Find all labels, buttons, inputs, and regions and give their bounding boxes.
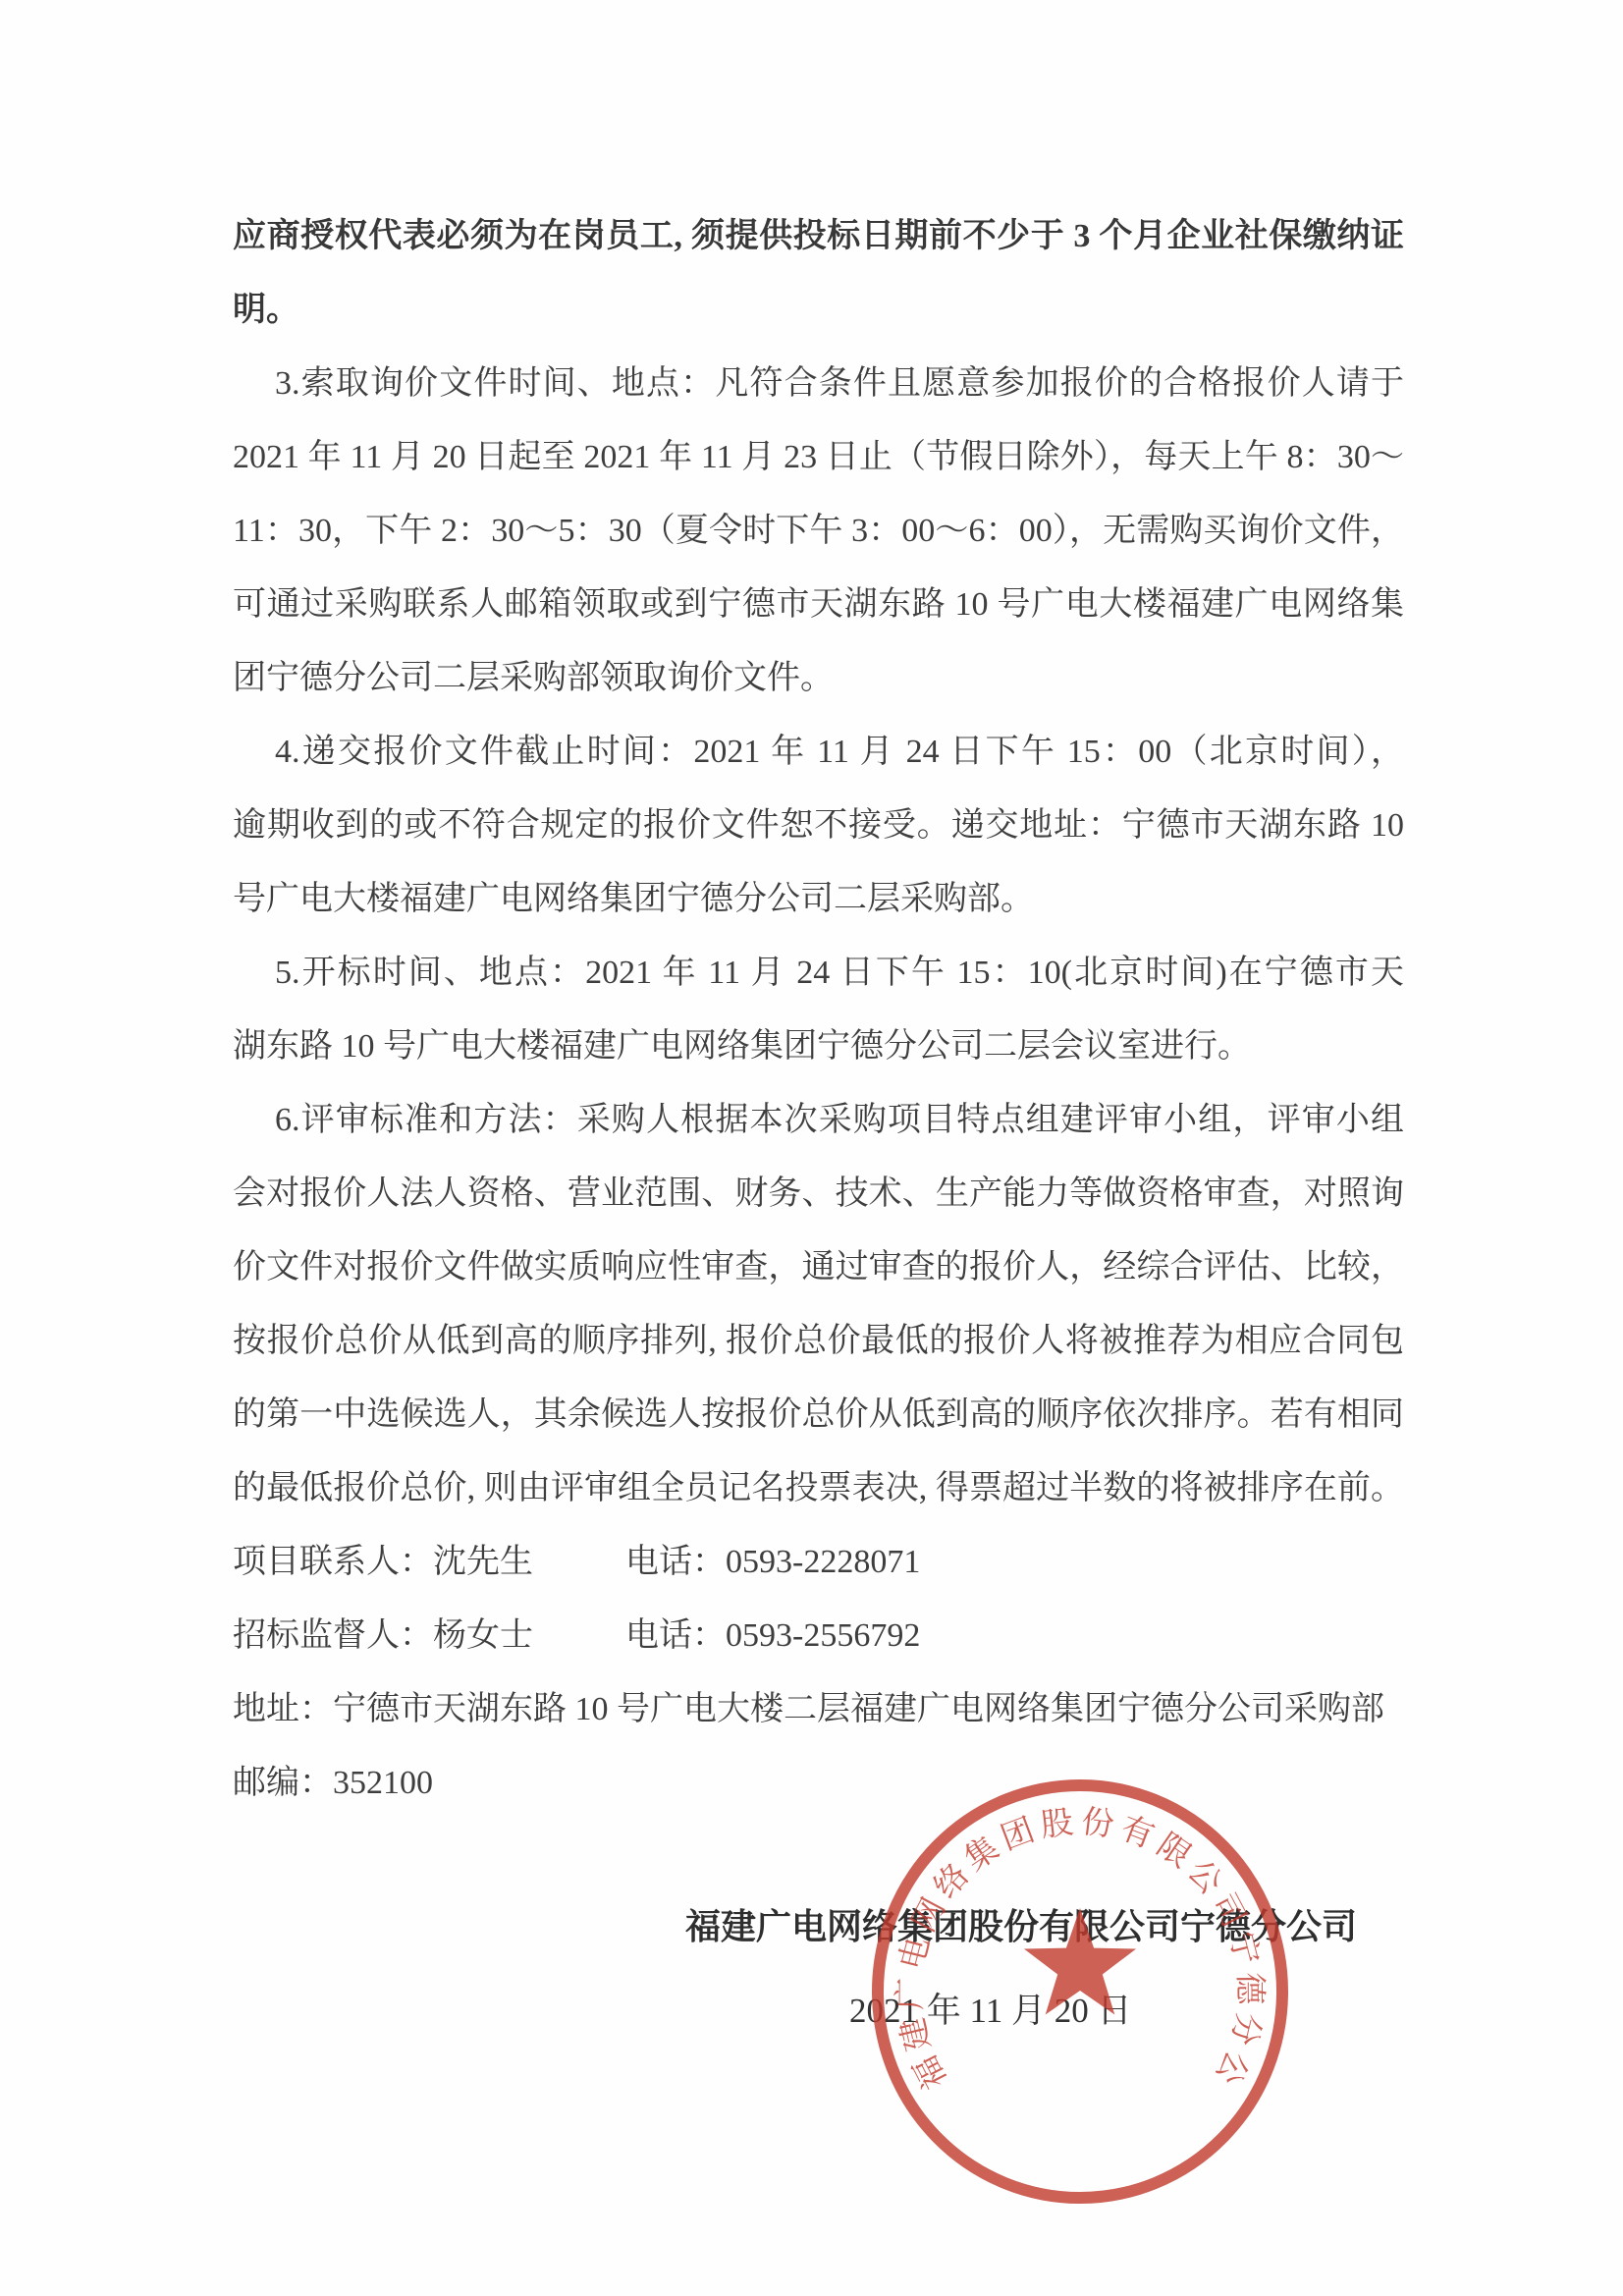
- address-line: 地址：宁德市天湖东路 10 号广电大楼二层福建广电网络集团宁德分公司采购部: [233, 1672, 1404, 1746]
- body-lines: 应商授权代表必须为在岗员工, 须提供投标日期前不少于 3 个月企业社保缴纳证明。…: [233, 199, 1404, 1525]
- postcode-line: 邮编：352100: [233, 1746, 1404, 1820]
- text-line: 3.索取询价文件时间、地点：凡符合条件且愿意参加报价的合格报价人请于: [233, 347, 1404, 420]
- contact-role-name: 招标监督人：杨女士: [233, 1617, 533, 1654]
- text-line: 应商授权代表必须为在岗员工, 须提供投标日期前不少于 3 个月企业社保缴纳证: [233, 199, 1404, 273]
- document-body: 应商授权代表必须为在岗员工, 须提供投标日期前不少于 3 个月企业社保缴纳证明。…: [233, 199, 1404, 2048]
- text-line: 5.开标时间、地点：2021 年 11 月 24 日下午 15：10(北京时间)…: [233, 936, 1404, 1010]
- text-line: 的最低报价总价, 则由评审组全员记名投票表决, 得票超过半数的将被排序在前。: [233, 1451, 1404, 1525]
- text-line: 明。: [233, 273, 1404, 347]
- document-page: 应商授权代表必须为在岗员工, 须提供投标日期前不少于 3 个月企业社保缴纳证明。…: [0, 0, 1623, 2296]
- text-line: 团宁德分公司二层采购部领取询价文件。: [233, 641, 1404, 715]
- text-line: 逾期收到的或不符合规定的报价文件恕不接受。递交地址：宁德市天湖东路 10: [233, 789, 1404, 862]
- contact-row: 招标监督人：杨女士电话：0593-2556792: [233, 1599, 1404, 1672]
- contact-block: 项目联系人：沈先生电话：0593-2228071招标监督人：杨女士电话：0593…: [233, 1525, 1404, 1672]
- signature-block: 福建广电网络集团股份有限公司宁德分公司 2021 年 11 月 20 日: [233, 1890, 1404, 2048]
- contact-phone: 电话：0593-2228071: [625, 1525, 920, 1599]
- contact-role-name: 项目联系人：沈先生: [233, 1544, 533, 1580]
- text-line: 2021 年 11 月 20 日起至 2021 年 11 月 23 日止（节假日…: [233, 420, 1404, 494]
- text-line: 按报价总价从低到高的顺序排列, 报价总价最低的报价人将被推荐为相应合同包: [233, 1304, 1404, 1378]
- text-line: 会对报价人法人资格、营业范围、财务、技术、生产能力等做资格审查，对照询: [233, 1157, 1404, 1230]
- contact-row: 项目联系人：沈先生电话：0593-2228071: [233, 1525, 1404, 1599]
- text-line: 4.递交报价文件截止时间：2021 年 11 月 24 日下午 15：00（北京…: [233, 715, 1404, 789]
- contact-phone: 电话：0593-2556792: [625, 1599, 920, 1672]
- text-line: 价文件对报价文件做实质响应性审查，通过审查的报价人，经综合评估、比较，: [233, 1230, 1404, 1304]
- text-line: 11：30，下午 2：30～5：30（夏令时下午 3：00～6：00），无需购买…: [233, 494, 1404, 568]
- signature-date: 2021 年 11 月 20 日: [849, 1974, 1404, 2048]
- signature-company: 福建广电网络集团股份有限公司宁德分公司: [685, 1890, 1404, 1964]
- text-line: 6.评审标准和方法：采购人根据本次采购项目特点组建评审小组，评审小组: [233, 1083, 1404, 1157]
- text-line: 湖东路 10 号广电大楼福建广电网络集团宁德分公司二层会议室进行。: [233, 1010, 1404, 1083]
- text-line: 号广电大楼福建广电网络集团宁德分公司二层采购部。: [233, 862, 1404, 936]
- text-line: 的第一中选候选人，其余候选人按报价总价从低到高的顺序依次排序。若有相同: [233, 1378, 1404, 1451]
- text-line: 可通过采购联系人邮箱领取或到宁德市天湖东路 10 号广电大楼福建广电网络集: [233, 568, 1404, 641]
